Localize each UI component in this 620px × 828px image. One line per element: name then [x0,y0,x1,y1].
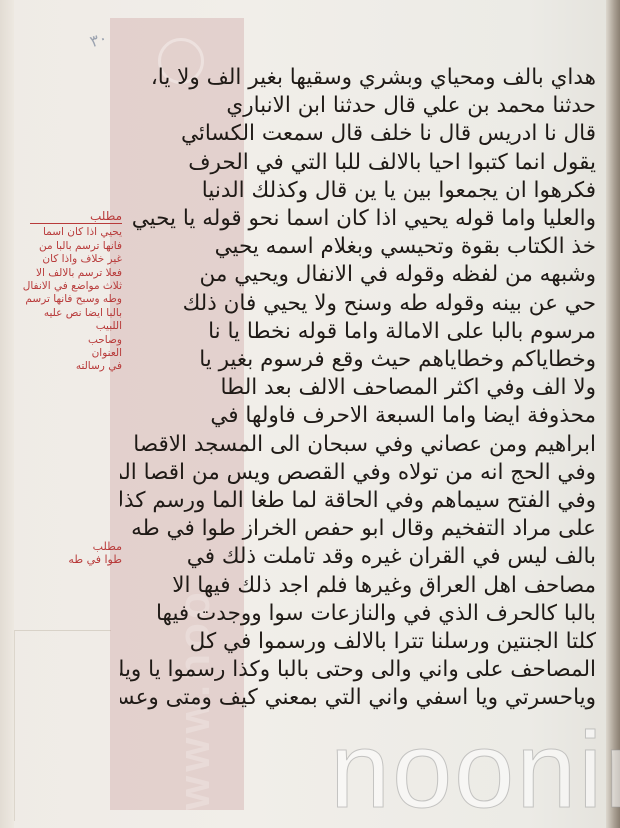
marginal-note-line: العنوان [30,347,122,360]
text-line: بالف ليس في القران غيره وقد تاملت ذلك في [120,543,596,571]
text-line: يقول انما كتبوا احيا بالالف للبا التي في… [120,149,596,177]
text-line: حي عن بينه وقوله طه وسنح ولا يحيي فان ذل… [120,290,596,318]
left-page-edge [0,0,14,828]
marginal-note-line: طوا في طه [82,553,122,566]
text-line: المصاحف على واني والى وحتى بالبا وكذا رس… [120,656,596,684]
watermark-bottom-text: noonir [330,710,620,828]
marginal-note-heading: مطلب [30,210,122,224]
marginal-note-line: اللبيب [30,320,122,333]
main-text-block: هداي بالف ومحياي وبشري وسقيها بغير الف و… [120,64,596,713]
manuscript-page: www.noo ٣٠ هداي بالف ومحياي وبشري وسقيها… [0,0,620,828]
text-line: وشبهه من لفظه وقوله في الانفال ويحيي من [120,261,596,289]
text-line: والعليا واما قوله يحيي اذا كان اسما نحو … [120,205,596,233]
marginal-note-line: فعلا ترسم بالالف الا [30,267,122,280]
text-line: حدثنا محمد بن علي قال حدثنا ابن الانباري [120,92,596,120]
text-line: بالبا كالحرف الذي في والنازعات سوا ووجدت… [120,600,596,628]
margin-paper-fold [14,630,111,821]
marginal-note-line: بالبا ايضا نص عليه [30,307,122,320]
text-line: ابراهيم ومن عصاني وفي سبحان الى المسجد ا… [120,431,596,459]
text-line: قال نا ادريس قال نا خلف قال سمعت الكسائي [120,120,596,148]
text-line: ولا الف وفي اكثر المصاحف الالف بعد الطا [120,374,596,402]
marginal-note-line: يحيي اذا كان اسما [30,226,122,239]
text-line: خذ الكتاب بقوة وتحيسي وبغلام اسمه يحيي [120,233,596,261]
marginal-note-line: غير خلاف واذا كان [30,253,122,266]
text-line: فكرهوا ان يجمعوا بين يا ين قال وكذلك الد… [120,177,596,205]
text-line: وفي الفتح سيماهم وفي الحاقة لما طغا الما… [120,487,596,515]
text-line: محذوفة ايضا واما السبعة الاحرف فاولها في [120,402,596,430]
marginal-note-line: وطه وسبح فانها ترسم [30,293,122,306]
marginal-note-line: ثلاث مواضع في الانفال [30,280,122,293]
text-line: على مراد التفخيم وقال ابو حفص الخراز طوا… [120,515,596,543]
text-line: هداي بالف ومحياي وبشري وسقيها بغير الف و… [120,64,596,92]
text-line: مصاحف اهل العراق وغيرها فلم اجد ذلك فيها… [120,572,596,600]
text-line: مرسوم بالبا على الامالة واما قوله نخطا ي… [120,318,596,346]
marginal-note-heading: مطلب [82,540,122,553]
text-line: وفي الحج انه من تولاه وفي القصص ويس من ا… [120,459,596,487]
text-line: كلتا الجنتين ورسلنا تترا بالالف ورسموا ف… [120,628,596,656]
text-line: وخطاياكم وخطاياهم حيث وقع فرسوم بغير يا [120,346,596,374]
marginal-note-lower: مطلب طوا في طه [82,540,122,566]
marginal-note-line: فانها ترسم بالبا من [30,240,122,253]
marginal-note-line: وصاحب [30,334,122,347]
marginal-note-upper: مطلب يحيي اذا كان اسما فانها ترسم بالبا … [30,210,122,374]
folio-number: ٣٠ [87,28,109,51]
marginal-note-line: في رسالته [30,360,122,373]
right-binding-edge [606,0,620,828]
text-line: وياحسرتي ويا اسفي واني التي بمعني كيف وم… [120,684,596,712]
